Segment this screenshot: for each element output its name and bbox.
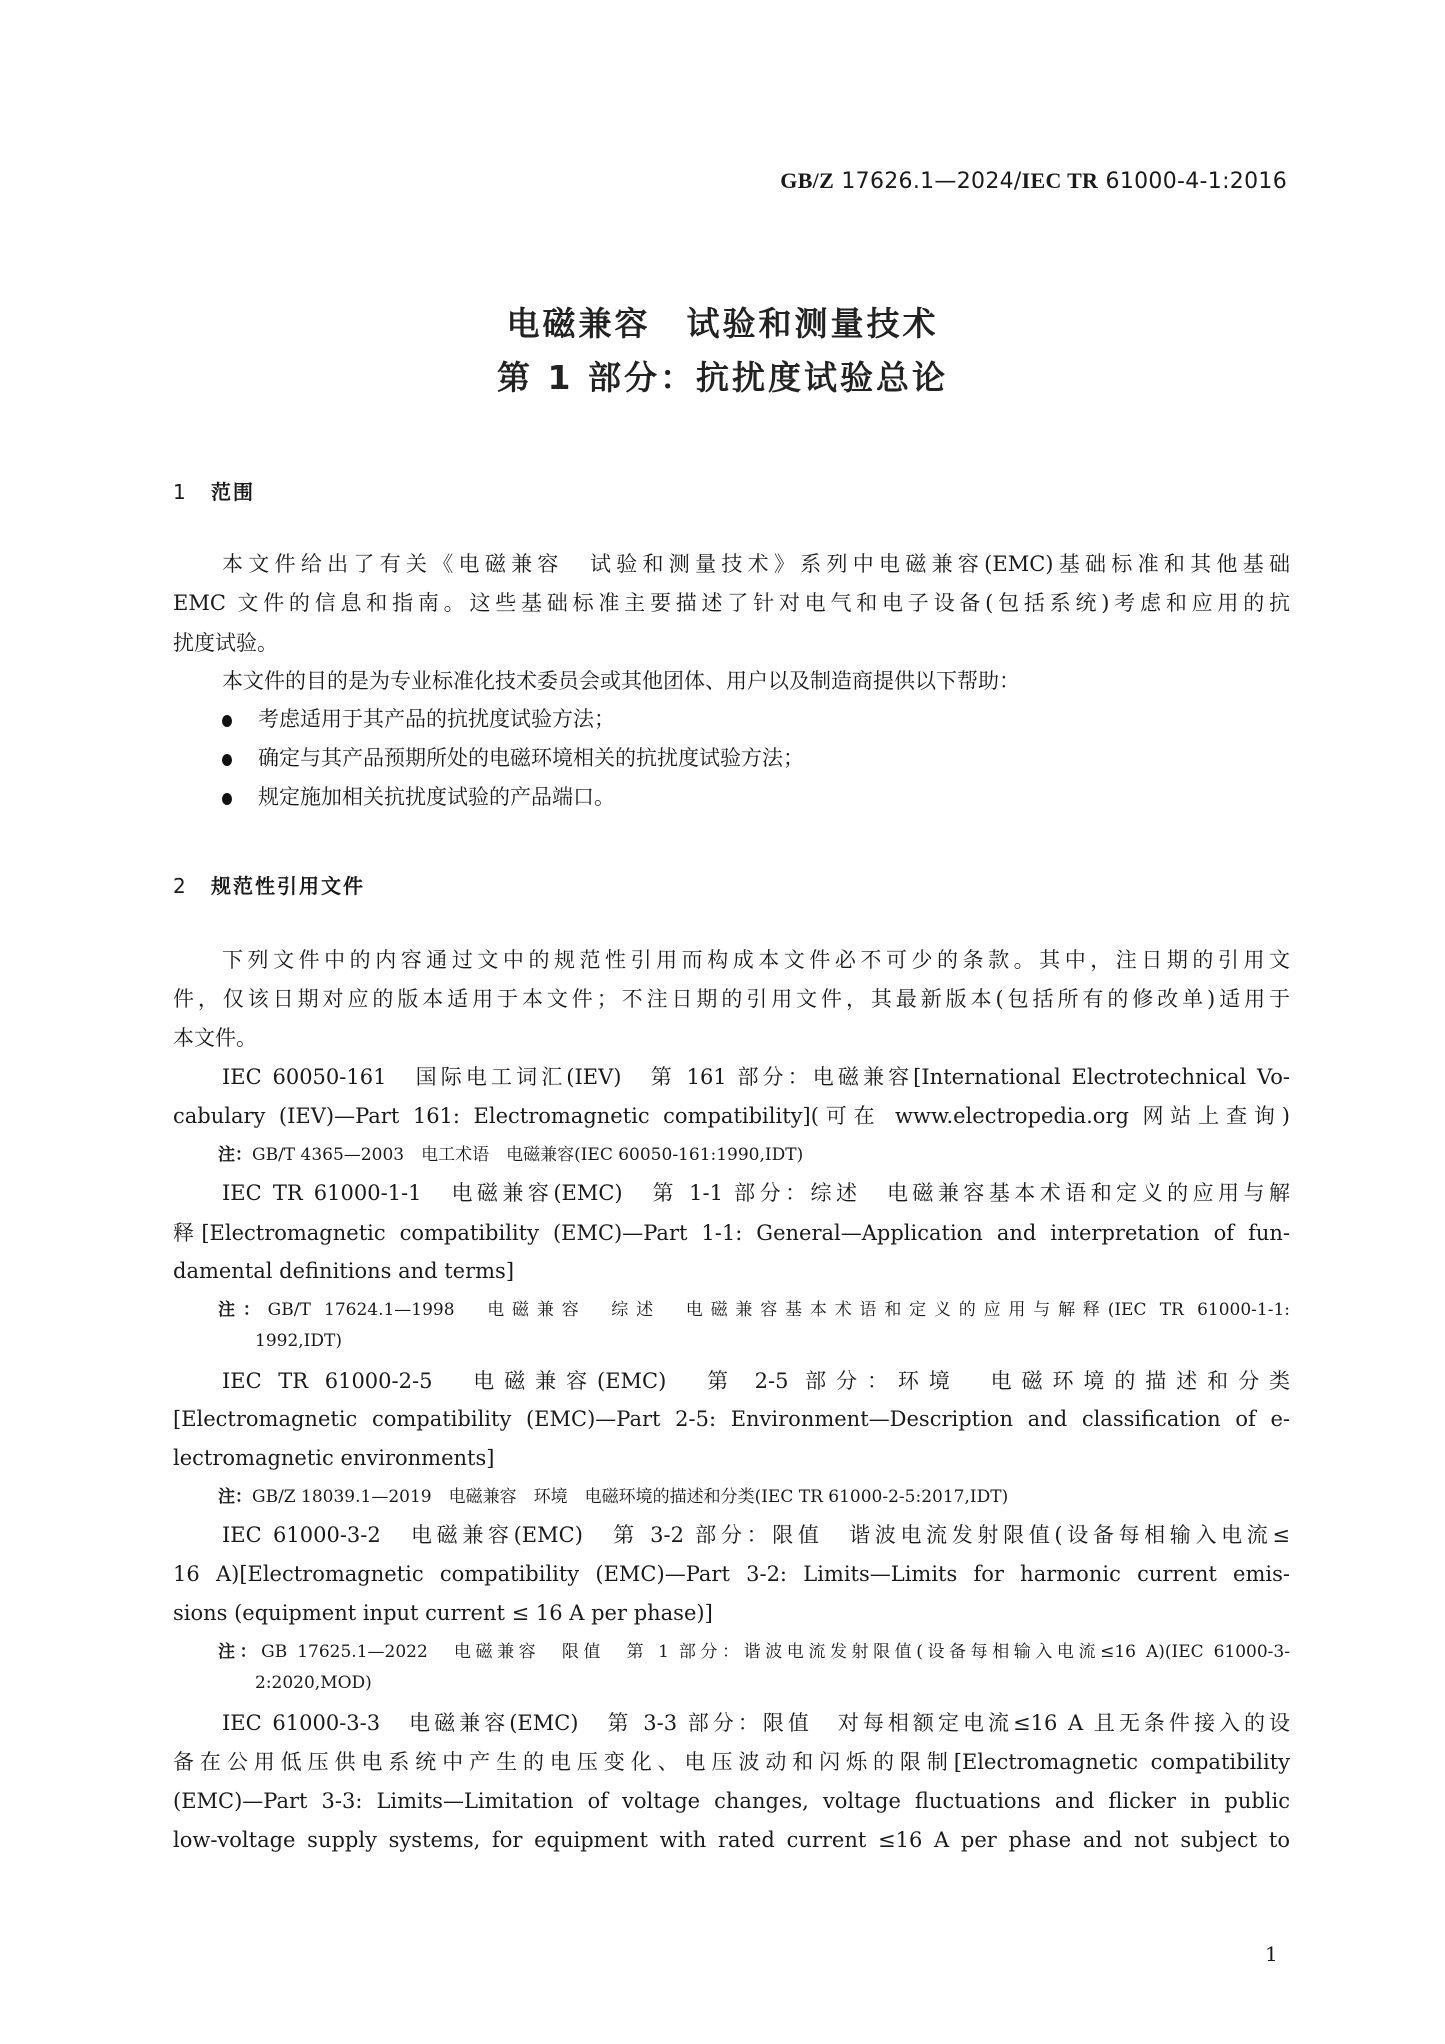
reference-note-cont: 2:2020,MOD) — [255, 1670, 372, 1696]
std-number: 17626.1—2024/ — [841, 169, 1021, 194]
document-title-line2: 第 1 部分：抗扰度试验总论 — [0, 352, 1445, 399]
note-text: GB/Z 18039.1—2019 电磁兼容 环境 电磁环境的描述和分类(IEC… — [252, 1487, 1008, 1507]
references-intro-line: 件，仅该日期对应的版本适用于本文件；不注日期的引用文件，其最新版本(包括所有的修… — [173, 984, 1290, 1014]
note-label: 注： — [218, 1145, 252, 1165]
section-heading-scope: 1范围 — [173, 476, 255, 505]
reference-iec-tr-61000-1-1-cont: damental definitions and terms] — [173, 1256, 1290, 1286]
reference-iec-tr-61000-1-1-cont: 释[Electromagnetic compatibility (EMC)—Pa… — [173, 1218, 1290, 1248]
reference-iec-tr-61000-1-1: IEC TR 61000-1-1 电磁兼容(EMC) 第 1-1 部分：综述 电… — [222, 1178, 1290, 1208]
section-number: 1 — [173, 480, 211, 504]
bullet-icon — [222, 793, 232, 805]
reference-iec-61000-3-2-cont: sions (equipment input current ≤ 16 A pe… — [173, 1598, 1290, 1628]
scope-paragraph-line: 扰度试验。 — [173, 628, 1290, 658]
section-heading-normative-references: 2规范性引用文件 — [173, 870, 365, 899]
reference-iec-61000-3-3-cont: low-voltage supply systems, for equipmen… — [173, 1825, 1290, 1855]
section-number: 2 — [173, 874, 211, 898]
list-item-text: 考虑适用于其产品的抗扰度试验方法； — [258, 707, 615, 731]
document-page: GB/Z 17626.1—2024/IEC TR 61000-4-1:2016 … — [0, 0, 1445, 2044]
iec-prefix: IEC TR — [1022, 168, 1099, 193]
note-text: GB/T 17624.1—1998 电磁兼容 综述 电磁兼容基本术语和定义的应用… — [268, 1300, 1290, 1320]
scope-purpose-paragraph: 本文件的目的是为专业标准化技术委员会或其他团体、用户以及制造商提供以下帮助： — [222, 666, 1290, 696]
page-number: 1 — [1265, 1942, 1278, 1966]
reference-note: 注：GB/Z 18039.1—2019 电磁兼容 环境 电磁环境的描述和分类(I… — [218, 1484, 1008, 1510]
reference-iec-61000-3-3: IEC 61000-3-3 电磁兼容(EMC) 第 3-3 部分：限值 对每相额… — [222, 1708, 1290, 1738]
scope-paragraph-line: 本文件给出了有关《电磁兼容 试验和测量技术》系列中电磁兼容(EMC)基础标准和其… — [222, 549, 1290, 579]
list-item-text: 规定施加相关抗扰度试验的产品端口。 — [258, 785, 615, 809]
reference-note-cont: 1992,IDT) — [255, 1328, 342, 1354]
reference-iec-tr-61000-2-5-cont: [Electromagnetic compatibility (EMC)—Par… — [173, 1404, 1290, 1434]
section-title: 范围 — [211, 480, 255, 504]
scope-paragraph-line: EMC 文件的信息和指南。这些基础标准主要描述了针对电气和电子设备(包括系统)考… — [173, 588, 1290, 618]
reference-iec-60050-161-cont: cabulary (IEV)—Part 161: Electromagnetic… — [173, 1101, 1290, 1131]
list-item: 规定施加相关抗扰度试验的产品端口。 — [222, 782, 615, 812]
reference-note: 注：GB 17625.1—2022 电磁兼容 限值 第 1 部分：谐波电流发射限… — [218, 1639, 1290, 1665]
references-intro-line: 下列文件中的内容通过文中的规范性引用而构成本文件必不可少的条款。其中，注日期的引… — [222, 945, 1290, 975]
reference-note: 注：GB/T 17624.1—1998 电磁兼容 综述 电磁兼容基本术语和定义的… — [218, 1297, 1290, 1323]
note-text: GB 17625.1—2022 电磁兼容 限值 第 1 部分：谐波电流发射限值(… — [261, 1642, 1290, 1662]
section-title: 规范性引用文件 — [211, 874, 365, 898]
reference-note: 注：GB/T 4365—2003 电工术语 电磁兼容(IEC 60050-161… — [218, 1142, 803, 1168]
bullet-icon — [222, 754, 232, 766]
note-text: GB/T 4365—2003 电工术语 电磁兼容(IEC 60050-161:1… — [252, 1145, 803, 1165]
note-label: 注： — [218, 1300, 268, 1320]
reference-iec-61000-3-2-cont: 16 A)[Electromagnetic compatibility (EMC… — [173, 1559, 1290, 1589]
note-label: 注： — [218, 1642, 261, 1662]
list-item-text: 确定与其产品预期所处的电磁环境相关的抗扰度试验方法； — [258, 746, 804, 770]
standard-number-header: GB/Z 17626.1—2024/IEC TR 61000-4-1:2016 — [780, 168, 1287, 194]
reference-iec-tr-61000-2-5-cont: lectromagnetic environments] — [173, 1443, 1290, 1473]
reference-iec-61000-3-3-cont: 备在公用低压供电系统中产生的电压变化、电压波动和闪烁的限制[Electromag… — [173, 1747, 1290, 1777]
references-intro-line: 本文件。 — [173, 1023, 1290, 1053]
list-item: 考虑适用于其产品的抗扰度试验方法； — [222, 704, 615, 734]
reference-iec-tr-61000-2-5: IEC TR 61000-2-5 电磁兼容(EMC) 第 2-5 部分：环境 电… — [222, 1366, 1290, 1396]
iec-number: 61000-4-1:2016 — [1106, 169, 1287, 194]
list-item: 确定与其产品预期所处的电磁环境相关的抗扰度试验方法； — [222, 743, 804, 773]
std-prefix: GB/Z — [780, 168, 834, 193]
reference-iec-61000-3-3-cont: (EMC)—Part 3-3: Limits—Limitation of vol… — [173, 1786, 1290, 1816]
bullet-icon — [222, 715, 232, 727]
note-label: 注： — [218, 1487, 252, 1507]
document-title-line1: 电磁兼容 试验和测量技术 — [0, 298, 1445, 345]
reference-iec-61000-3-2: IEC 61000-3-2 电磁兼容(EMC) 第 3-2 部分：限值 谐波电流… — [222, 1520, 1290, 1550]
reference-iec-60050-161: IEC 60050-161 国际电工词汇(IEV) 第 161 部分：电磁兼容[… — [222, 1062, 1290, 1092]
